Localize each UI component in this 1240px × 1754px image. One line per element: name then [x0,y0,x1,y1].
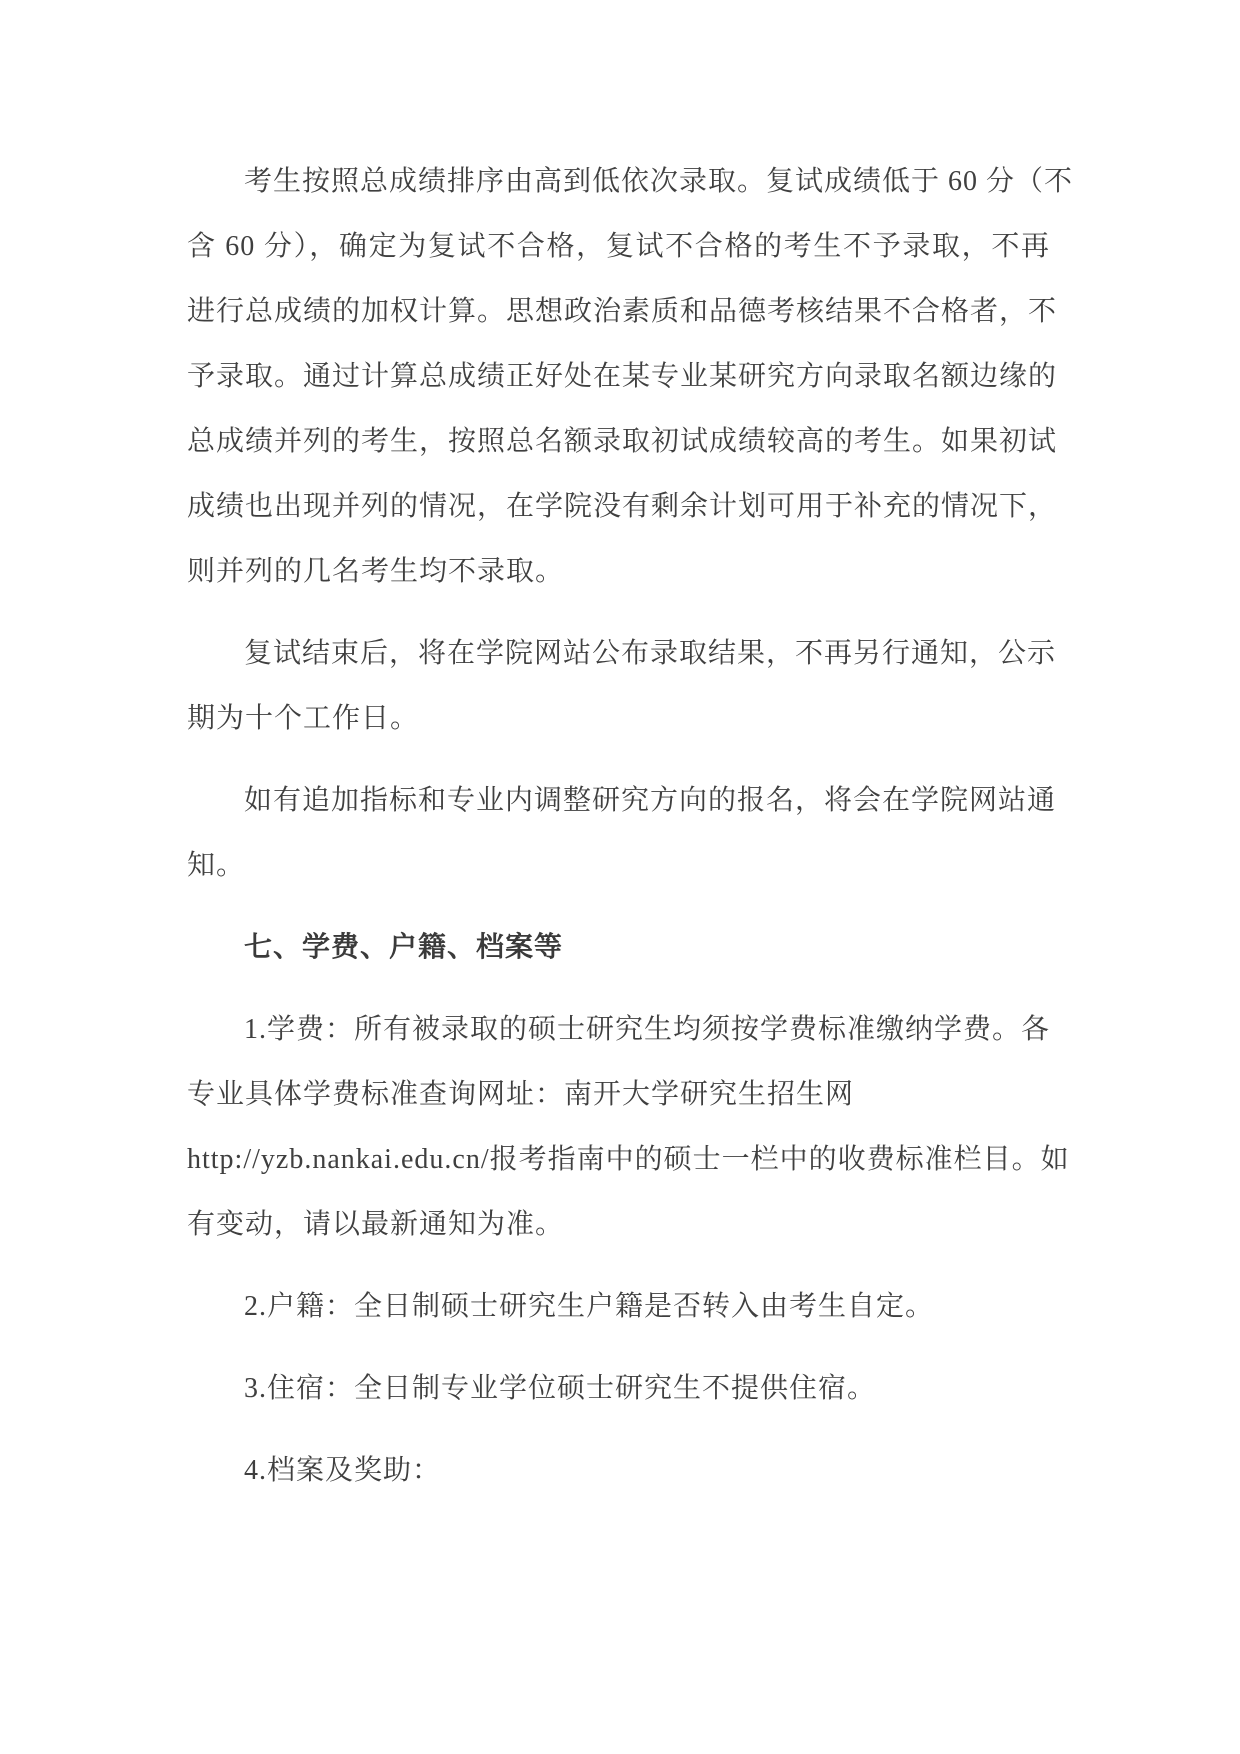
paragraph: 3.住宿：全日制专业学位硕士研究生不提供住宿。 [187,1356,1050,1421]
text-line: 如有追加指标和专业内调整研究方向的报名，将会在学院网站通 [187,768,1050,833]
paragraph: 如有追加指标和专业内调整研究方向的报名，将会在学院网站通知。 [187,768,1050,898]
paragraph: 复试结束后，将在学院网站公布录取结果，不再另行通知，公示期为十个工作日。 [187,621,1050,751]
text-line: 成绩也出现并列的情况，在学院没有剩余计划可用于补充的情况下， [187,474,1050,539]
text-line: 进行总成绩的加权计算。思想政治素质和品德考核结果不合格者，不 [187,279,1050,344]
text-line: 予录取。通过计算总成绩正好处在某专业某研究方向录取名额边缘的 [187,344,1050,409]
text-line: 专业具体学费标准查询网址：南开大学研究生招生网 [187,1062,1050,1127]
text-line: 总成绩并列的考生，按照总名额录取初试成绩较高的考生。如果初试 [187,409,1050,474]
text-line: 3.住宿：全日制专业学位硕士研究生不提供住宿。 [187,1356,1050,1421]
text-line: 则并列的几名考生均不录取。 [187,539,1050,604]
text-line: 1.学费：所有被录取的硕士研究生均须按学费标准缴纳学费。各 [187,997,1050,1062]
text-line: 七、学费、户籍、档案等 [187,915,1050,980]
text-line: 复试结束后，将在学院网站公布录取结果，不再另行通知，公示 [187,621,1050,686]
text-line: 4.档案及奖助： [187,1438,1050,1503]
text-line: 知。 [187,833,1050,898]
section-heading: 七、学费、户籍、档案等 [187,915,1050,980]
paragraph: 2.户籍：全日制硕士研究生户籍是否转入由考生自定。 [187,1274,1050,1339]
text-line: 含 60 分），确定为复试不合格，复试不合格的考生不予录取，不再 [187,214,1050,279]
document-content: 考生按照总成绩排序由高到低依次录取。复试成绩低于 60 分（不含 60 分），确… [187,149,1050,1520]
text-line: http://yzb.nankai.edu.cn/报考指南中的硕士一栏中的收费标… [187,1127,1050,1192]
paragraph: 考生按照总成绩排序由高到低依次录取。复试成绩低于 60 分（不含 60 分），确… [187,149,1050,604]
text-line: 期为十个工作日。 [187,686,1050,751]
text-line: 有变动，请以最新通知为准。 [187,1192,1050,1257]
paragraph: 1.学费：所有被录取的硕士研究生均须按学费标准缴纳学费。各专业具体学费标准查询网… [187,997,1050,1257]
document-page: 考生按照总成绩排序由高到低依次录取。复试成绩低于 60 分（不含 60 分），确… [0,0,1240,1754]
paragraph: 4.档案及奖助： [187,1438,1050,1503]
text-line: 考生按照总成绩排序由高到低依次录取。复试成绩低于 60 分（不 [187,149,1050,214]
text-line: 2.户籍：全日制硕士研究生户籍是否转入由考生自定。 [187,1274,1050,1339]
